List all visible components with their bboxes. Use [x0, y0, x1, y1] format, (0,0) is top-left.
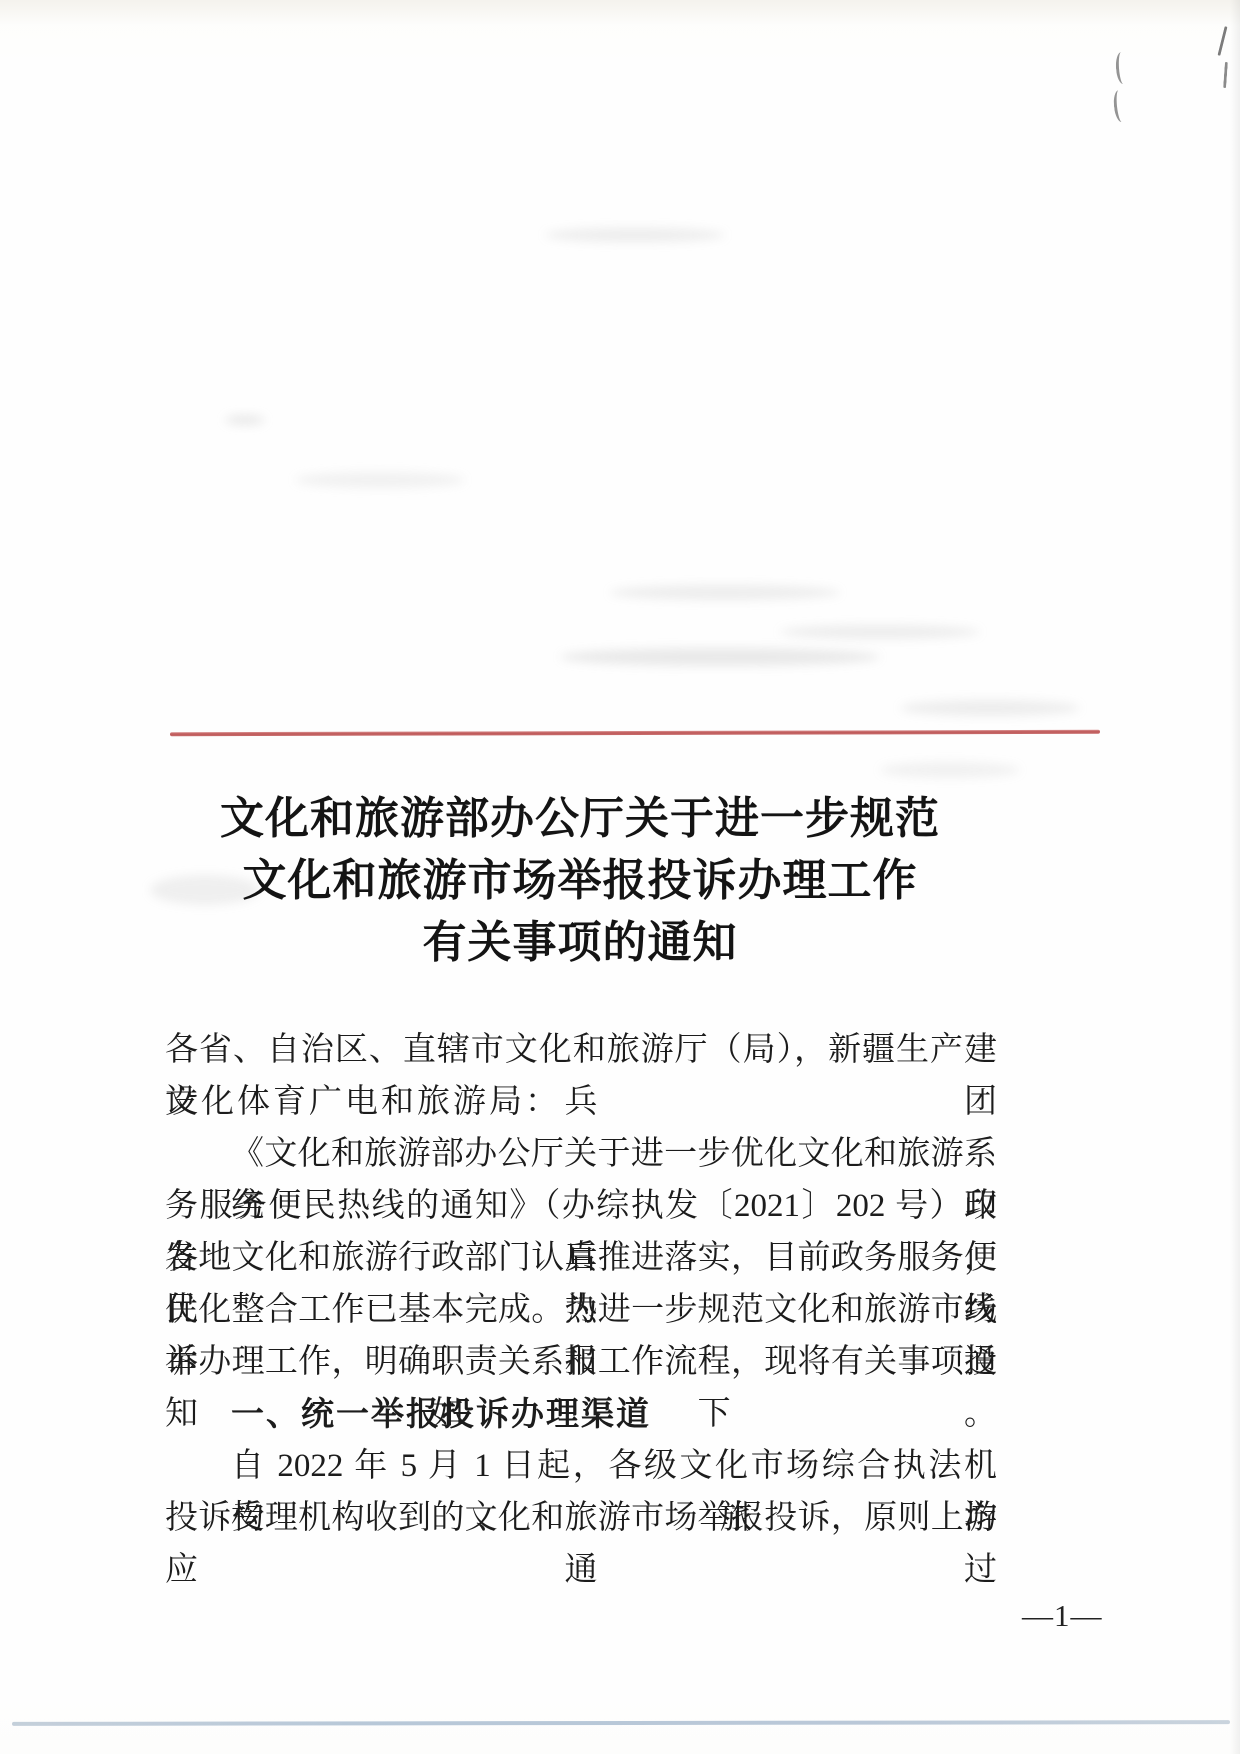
- title-line-2: 文化和旅游市场举报投诉办理工作: [165, 850, 995, 912]
- bottom-edge-line: [12, 1720, 1230, 1726]
- scan-mark: [1217, 26, 1227, 56]
- body-line: 各地文化和旅游行政部门认真推进落实，目前政务服务便民热线: [165, 1232, 997, 1284]
- scan-smudge: [295, 472, 465, 488]
- body-line: 各省、自治区、直辖市文化和旅游厅（局），新疆生产建设兵团: [165, 1024, 997, 1076]
- page-number: —1—: [1022, 1598, 1103, 1634]
- scan-smudge: [780, 625, 980, 639]
- red-divider-line: [170, 730, 1100, 736]
- body-line: 《文化和旅游部办公厅关于进一步优化文化和旅游系统政: [165, 1128, 997, 1180]
- scan-smudge: [545, 228, 725, 242]
- body-line: 自 2022 年 5 月 1 日起，各级文化市场综合执法机构、旅游: [165, 1440, 997, 1492]
- document-body: 各省、自治区、直辖市文化和旅游厅（局），新疆生产建设兵团 文化体育广电和旅游局：…: [165, 1024, 997, 1544]
- title-line-3: 有关事项的通知: [165, 912, 995, 974]
- title-line-1: 文化和旅游部办公厅关于进一步规范: [165, 788, 995, 850]
- scan-smudge: [610, 585, 840, 600]
- scan-right-shading: [1230, 0, 1240, 1754]
- scan-smudge: [880, 762, 1020, 778]
- scan-top-shading: [0, 0, 1240, 26]
- scan-mark: [1115, 52, 1132, 85]
- body-line: 诉办理工作，明确职责关系和工作流程，现将有关事项通知如下。: [165, 1336, 997, 1388]
- document-title: 文化和旅游部办公厅关于进一步规范 文化和旅游市场举报投诉办理工作 有关事项的通知: [165, 788, 995, 974]
- scan-mark: [1112, 89, 1130, 122]
- scan-smudge: [900, 700, 1080, 716]
- scan-smudge: [225, 415, 265, 425]
- body-line: 优化整合工作已基本完成。为进一步规范文化和旅游市场举报投: [165, 1284, 997, 1336]
- body-line: 投诉受理机构收到的文化和旅游市场举报投诉，原则上均应通过: [165, 1492, 997, 1544]
- scan-smudge: [560, 648, 880, 666]
- scanned-document-page: 文化和旅游部办公厅关于进一步规范 文化和旅游市场举报投诉办理工作 有关事项的通知…: [0, 0, 1240, 1754]
- scan-mark: [1223, 62, 1228, 88]
- body-line: 务服务便民热线的通知》（办综执发〔2021〕202 号）印发后，: [165, 1180, 997, 1232]
